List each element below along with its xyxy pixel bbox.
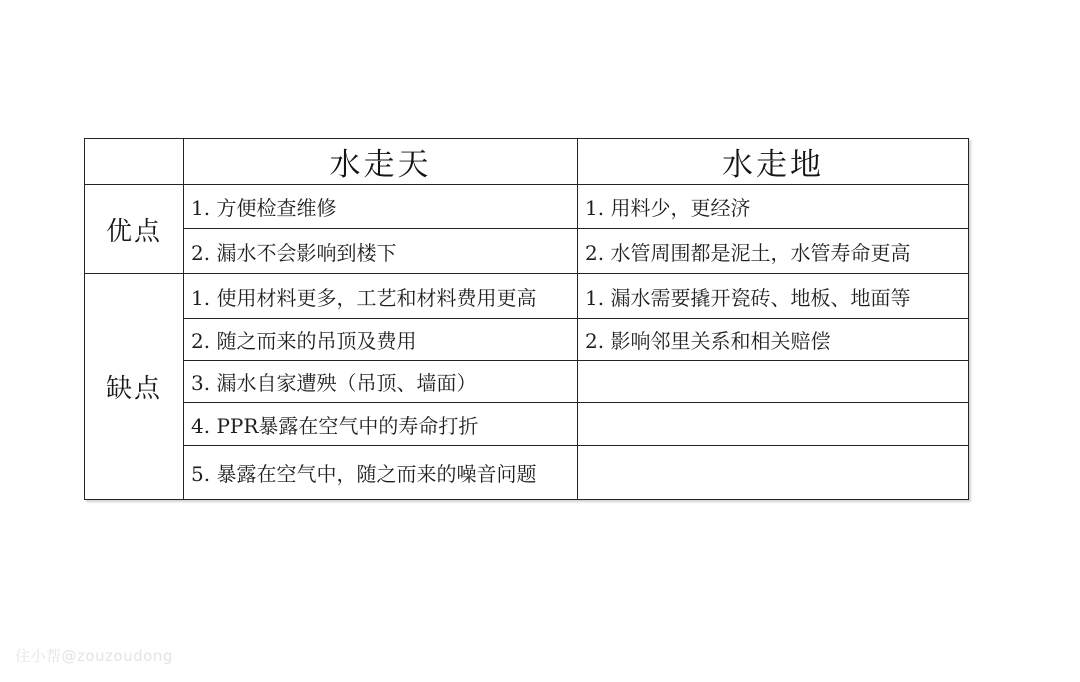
table-row: 3. 漏水自家遭殃（吊顶、墙面）	[85, 361, 969, 403]
table-row: 缺点 1. 使用材料更多，工艺和材料费用更高 1. 漏水需要撬开瓷砖、地板、地面…	[85, 274, 969, 319]
cell-disadvantage-floor-3	[578, 361, 969, 403]
cell-disadvantage-floor-1: 1. 漏水需要撬开瓷砖、地板、地面等	[578, 274, 969, 319]
cell-advantage-ceiling-2: 2. 漏水不会影响到楼下	[184, 229, 578, 274]
cell-disadvantage-ceiling-4: 4. PPR暴露在空气中的寿命打折	[184, 403, 578, 446]
cell-disadvantage-ceiling-5: 5. 暴露在空气中，随之而来的噪音问题	[184, 446, 578, 500]
column-header-water-floor: 水走地	[578, 139, 969, 185]
cell-disadvantage-floor-5	[578, 446, 969, 500]
pipe-routing-comparison-table: 水走天 水走地 优点 1. 方便检查维修 1. 用料少，更经济 2. 漏水不会影…	[84, 138, 969, 500]
watermark-text: 住小帮@zouzoudong	[15, 645, 173, 666]
corner-cell	[85, 139, 184, 185]
table-row: 2. 随之而来的吊顶及费用 2. 影响邻里关系和相关赔偿	[85, 319, 969, 361]
page: 水走天 水走地 优点 1. 方便检查维修 1. 用料少，更经济 2. 漏水不会影…	[0, 0, 1080, 682]
cell-disadvantage-floor-2: 2. 影响邻里关系和相关赔偿	[578, 319, 969, 361]
cell-advantage-floor-2: 2. 水管周围都是泥土，水管寿命更高	[578, 229, 969, 274]
table-row: 5. 暴露在空气中，随之而来的噪音问题	[85, 446, 969, 500]
cell-disadvantage-ceiling-3: 3. 漏水自家遭殃（吊顶、墙面）	[184, 361, 578, 403]
cell-advantage-ceiling-1: 1. 方便检查维修	[184, 185, 578, 229]
table-row: 2. 漏水不会影响到楼下 2. 水管周围都是泥土，水管寿命更高	[85, 229, 969, 274]
cell-disadvantage-ceiling-1: 1. 使用材料更多，工艺和材料费用更高	[184, 274, 578, 319]
column-header-water-ceiling: 水走天	[184, 139, 578, 185]
table-header-row: 水走天 水走地	[85, 139, 969, 185]
table-row: 优点 1. 方便检查维修 1. 用料少，更经济	[85, 185, 969, 229]
table-row: 4. PPR暴露在空气中的寿命打折	[85, 403, 969, 446]
section-label-advantages: 优点	[85, 185, 184, 274]
cell-disadvantage-floor-4	[578, 403, 969, 446]
cell-advantage-floor-1: 1. 用料少，更经济	[578, 185, 969, 229]
section-label-disadvantages: 缺点	[85, 274, 184, 500]
cell-disadvantage-ceiling-2: 2. 随之而来的吊顶及费用	[184, 319, 578, 361]
